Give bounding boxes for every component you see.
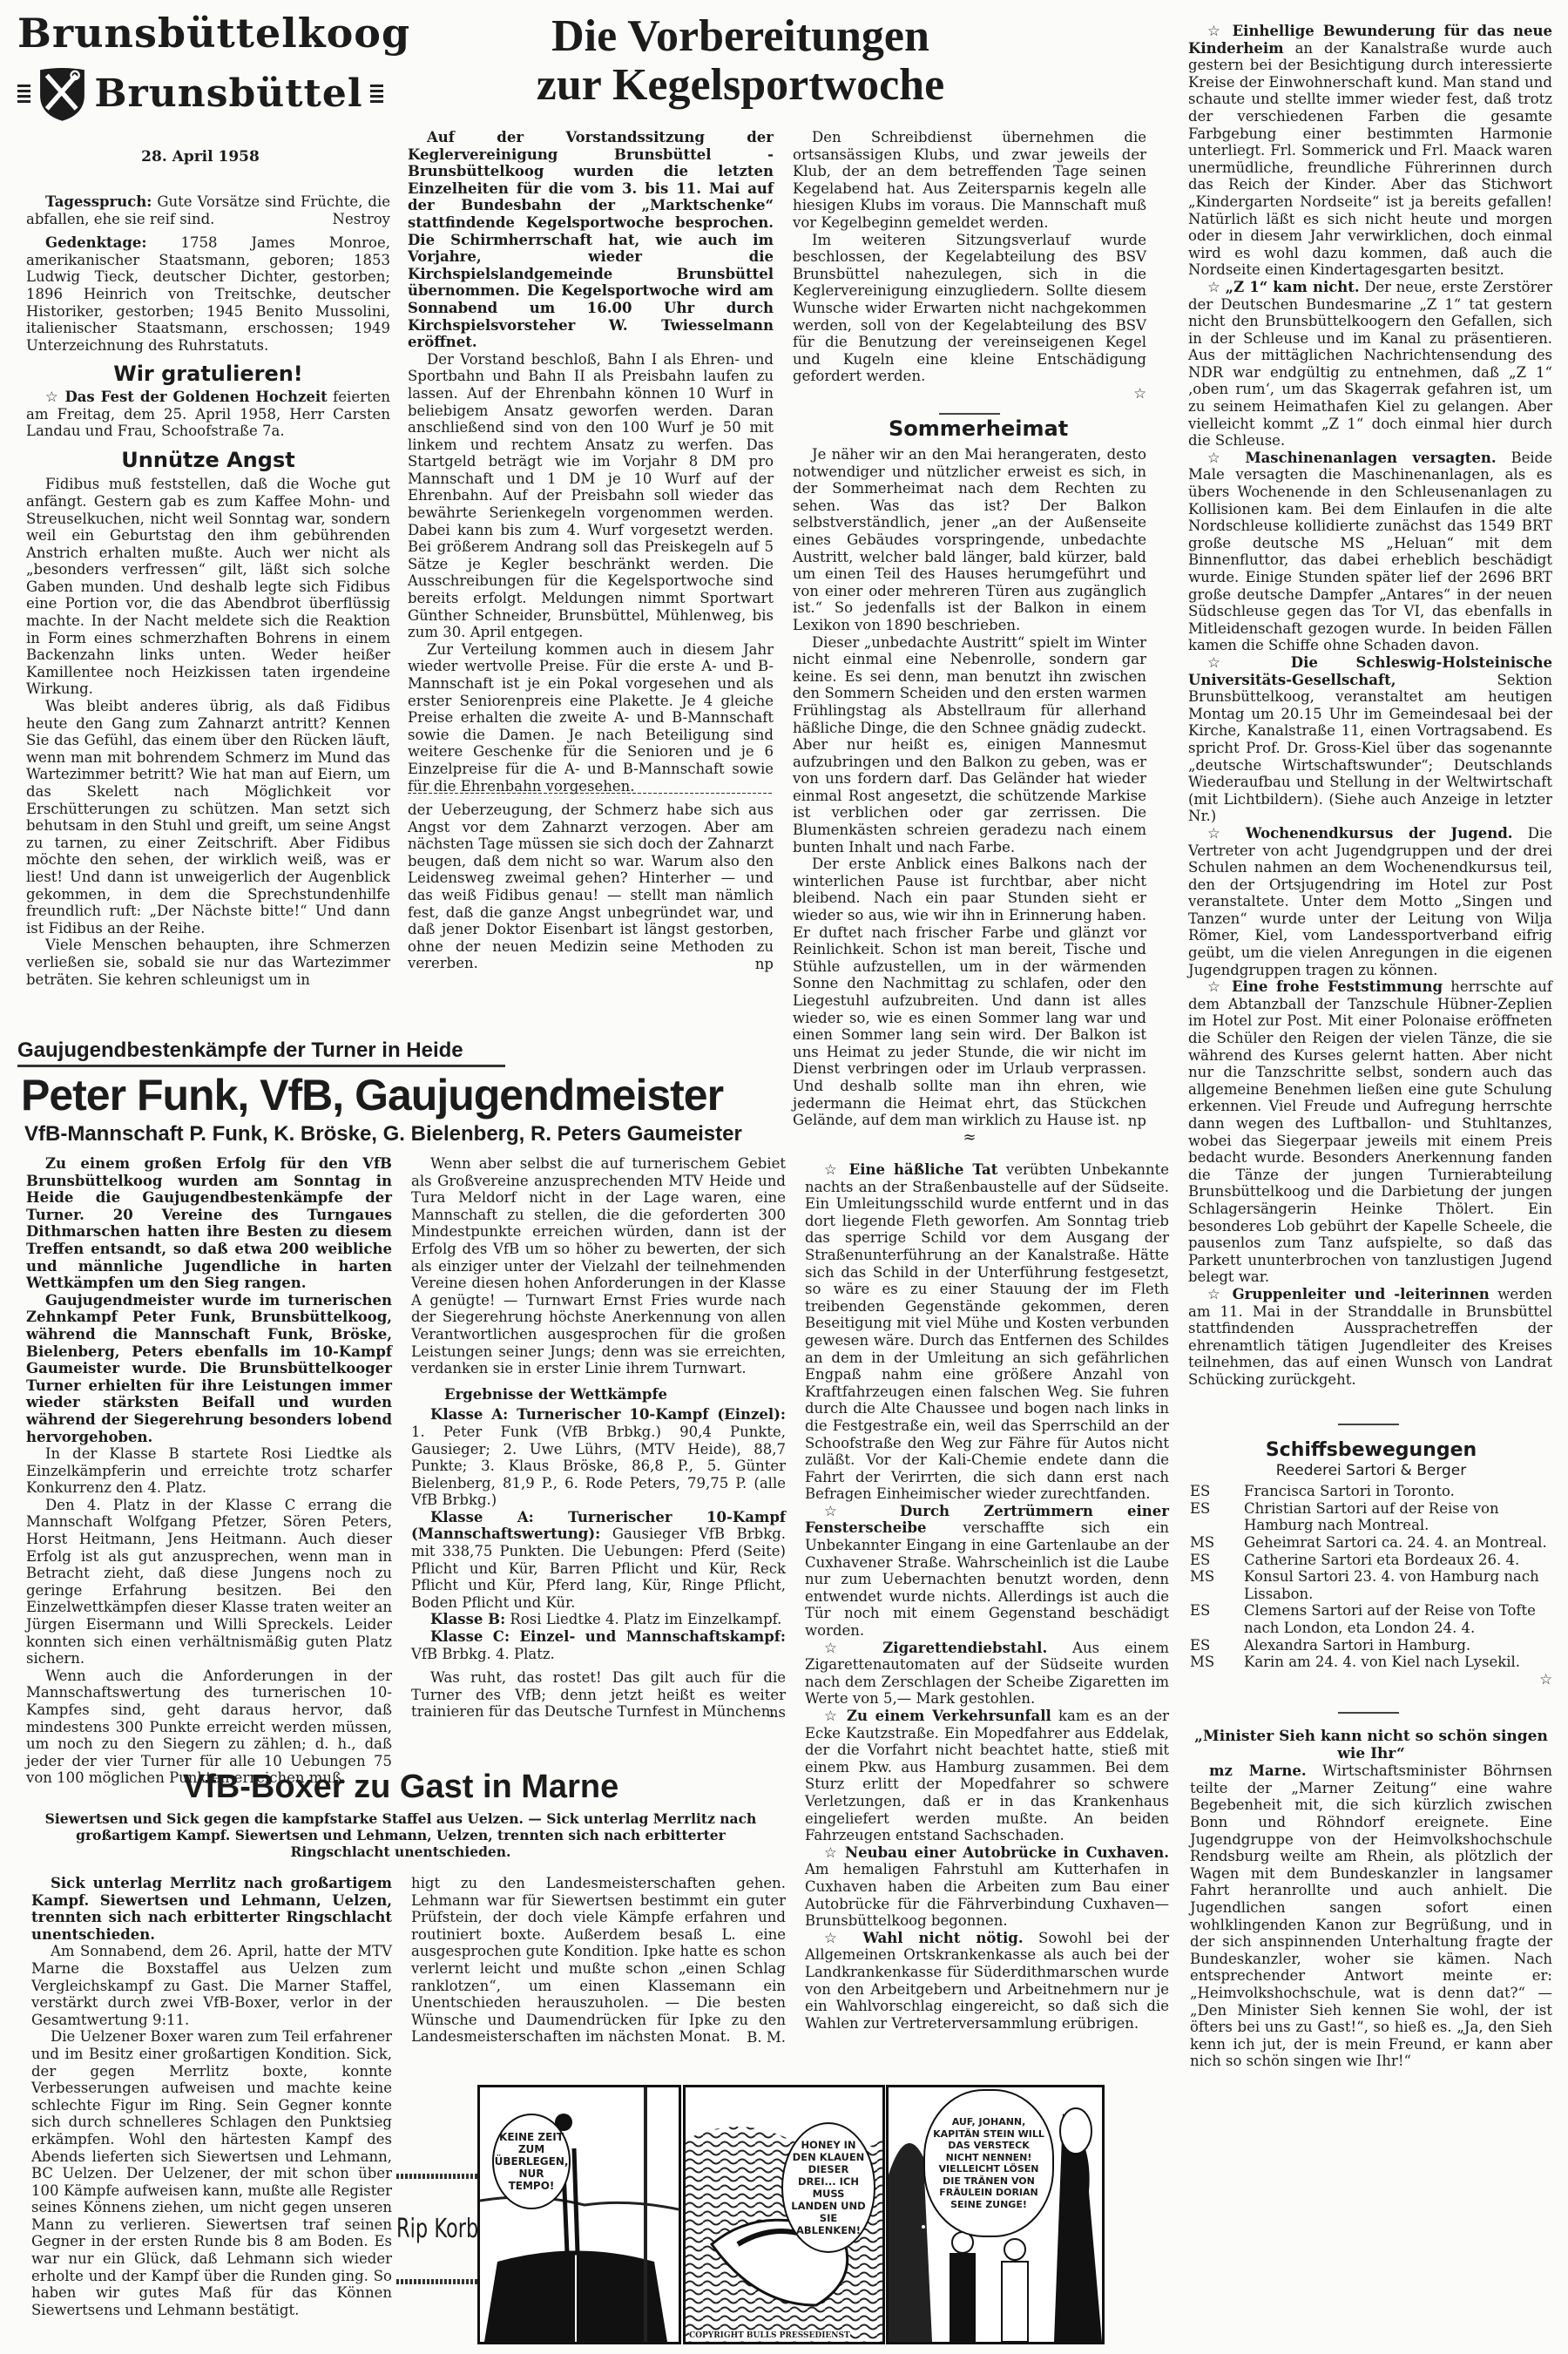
ribbon-right-icon [370, 85, 383, 104]
minister-text: mz Marne. Wirtschaftsminister Böhrnsen t… [1190, 1762, 1552, 2070]
boxer-column-1: Sick unterlag Merrlitz nach großartigem … [31, 1875, 392, 2318]
tagesspruch: Tagesspruch: Gute Vorsätze sind Früchte,… [26, 193, 390, 227]
ship-entry: MSKonsul Sartori 23. 4. von Hamburg nach… [1190, 1568, 1552, 1602]
kegel-lead: Auf der Vorstandssitzung der Keglerverei… [408, 129, 774, 351]
masthead-title-line1: Brunsbüttelkoog [17, 10, 383, 56]
comic-title-block: Rip Korby [396, 2174, 483, 2284]
news-item: ☆ Einhellige Bewunderung für das neue Ki… [1188, 23, 1552, 279]
masthead-title-line2: Brunsbüttel [94, 72, 362, 116]
comic-panel-2: HONEY IN DEN KLAUEN DIESER DREI... ICH M… [683, 2085, 885, 2344]
boxer-column-2: higt zu den Landesmeisterschaften gehen.… [411, 1875, 786, 2046]
ship-entry: ESAlexandra Sartori in Hamburg. [1190, 1637, 1552, 1654]
turner-column-2: Wenn aber selbst die auf turnerischem Ge… [411, 1155, 786, 1722]
decorative-border [396, 2279, 483, 2284]
turner-column-1: Zu einem großen Erfolg für den VfB Bruns… [26, 1155, 392, 1787]
kegel-column-1: Auf der Vorstandssitzung der Keglerverei… [408, 129, 774, 795]
minister-heading: „Minister Sieh kann nicht so schön singe… [1190, 1728, 1552, 1762]
news-item: ☆ Eine frohe Feststimmung herrschte auf … [1188, 978, 1552, 1286]
kegel-paragraph: Im weiteren Sitzungsverlauf wurde beschl… [793, 232, 1146, 385]
comic-panel-1: KEINE ZEIT ZUM ÜBERLEGEN, NUR TEMPO! [477, 2085, 681, 2344]
result-entry: Klasse A: Turnerischer 10-Kampf (Einzel)… [411, 1406, 786, 1509]
comic-panel-3: AUF, JOHANN, KAPITÄN STEIN WILL DAS VERS… [886, 2085, 1105, 2344]
kegel-paragraph: Der Vorstand beschloß, Bahn I als Ehren-… [408, 351, 774, 641]
divider [408, 793, 774, 794]
minister-article: „Minister Sieh kann nicht so schön singe… [1190, 1728, 1552, 2070]
star-icon: ☆ [1190, 1671, 1552, 1688]
local-news-column: ☆ Einhellige Bewunderung für das neue Ki… [1188, 23, 1552, 1389]
ship-movements-heading: Schiffsbewegungen [1190, 1442, 1552, 1459]
angst-paragraph: Was bleibt anderes übrig, als daß Fidibu… [26, 698, 390, 937]
news-item: ☆ „Z 1“ kam nicht. Der neue, erste Zerst… [1188, 279, 1552, 450]
divider [1338, 1712, 1399, 1714]
ship-entry: ESCatherine Sartori eta Bordeaux 26. 4. [1190, 1552, 1552, 1569]
news-item: ☆ Maschinenanlagen versagten. Beide Male… [1188, 450, 1552, 654]
kegel-column-2: Den Schreibdienst übernehmen die ortsans… [793, 129, 1146, 415]
news-item: ☆ Die Schleswig-Holsteinische Universitä… [1188, 654, 1552, 825]
news-item: ☆ Neubau einer Autobrücke in Cuxhaven. A… [805, 1844, 1169, 1930]
comic-title: Rip Korby [396, 2214, 462, 2244]
news-item: ☆ Wochenendkursus der Jugend. Die Vertre… [1188, 825, 1552, 978]
news-item: ☆ Wahl nicht nötig. Sowohl bei der Allge… [805, 1930, 1169, 2033]
angst-paragraph: Fidibus muß feststellen, daß die Woche g… [26, 476, 390, 698]
kegel-headline: Die Vorbereitungen zur Kegelsportwoche [409, 12, 1071, 110]
turner-subheadline: VfB-Mannschaft P. Funk, K. Bröske, G. Bi… [24, 1122, 742, 1147]
news-item: ☆ Eine häßliche Tat verübten Unbekannte … [805, 1161, 1169, 1503]
ship-entry: ESFrancisca Sartori in Toronto. [1190, 1483, 1552, 1500]
ship-entry: MSKarin am 24. 4. von Kiel nach Lysekil. [1190, 1654, 1552, 1671]
decorative-border [396, 2174, 483, 2179]
sommer-heading: Sommerheimat [793, 416, 1146, 441]
angst-continuation: der Ueberzeugung, der Schmerz habe sich … [408, 802, 774, 973]
coat-of-arms-icon [37, 57, 87, 131]
angst-heading: Unnütze Angst [26, 452, 390, 470]
ship-entry: ESChristian Sartori auf der Reise von Ha… [1190, 1500, 1552, 1534]
ship-entry: MSGeheimrat Sartori ca. 24. 4. an Montre… [1190, 1534, 1552, 1552]
news-item: ☆ Durch Zertrümmern einer Fensterscheibe… [805, 1503, 1169, 1640]
result-entry: Klasse C: Einzel- und Mannschaftskampf: … [411, 1628, 786, 1662]
gratulieren-text: ☆ Das Fest der Goldenen Hochzeit feierte… [26, 389, 390, 440]
divider [939, 413, 1000, 415]
wave-divider-icon: ≈ [793, 1129, 1146, 1147]
speech-bubble: AUF, JOHANN, KAPITÄN STEIN WILL DAS VERS… [923, 2089, 1054, 2237]
speech-bubble: HONEY IN DEN KLAUEN DIESER DREI... ICH M… [781, 2122, 875, 2253]
kegel-paragraph: Zur Verteilung kommen auch in diesem Jah… [408, 641, 774, 795]
divider [1338, 1424, 1399, 1425]
sidebar-column: Tagesspruch: Gute Vorsätze sind Früchte,… [26, 193, 390, 988]
result-entry: Klasse A: Turnerischer 10-Kampf (Mannsch… [411, 1509, 786, 1612]
kegel-paragraph: Den Schreibdienst übernehmen die ortsans… [793, 129, 1146, 232]
news-item: ☆ Zu einem Verkehrsunfall kam es an der … [805, 1708, 1169, 1844]
ship-movements: Schiffsbewegungen Reederei Sartori & Ber… [1190, 1442, 1552, 1688]
speech-bubble: KEINE ZEIT ZUM ÜBERLEGEN, NUR TEMPO! [492, 2114, 571, 2209]
angst-paragraph: Viele Menschen behaupten, ihre Schmerzen… [26, 937, 390, 988]
ship-entry: ESClemens Sartori auf der Reise von Toft… [1190, 1602, 1552, 1636]
news-item: ☆ Zigarettendiebstahl. Aus einem Zigaret… [805, 1640, 1169, 1708]
issue-date: 28. April 1958 [17, 148, 383, 166]
copyright-credit: COPYRIGHT BULLS PRESSEDIENST [689, 2331, 850, 2340]
kicker-underline [17, 1065, 505, 1067]
boxer-subheadline: Siewertsen und Sick gegen die kampfstark… [26, 1810, 775, 1860]
boxer-headline: VfB-Boxer zu Gast in Marne [17, 1769, 784, 1806]
results-heading: Ergebnisse der Wettkämpfe [444, 1386, 786, 1404]
masthead: Brunsbüttelkoog Brunsbüttel 28. April 19… [17, 10, 383, 166]
ship-list: ESFrancisca Sartori in Toronto. ESChrist… [1190, 1483, 1552, 1671]
ribbon-left-icon [17, 85, 30, 104]
turner-headline: Peter Funk, VfB, Gaujugendmeister [21, 1070, 723, 1120]
tagesspruch-author: Nestroy [314, 211, 390, 228]
police-news-column: ☆ Eine häßliche Tat verübten Unbekannte … [805, 1161, 1169, 2032]
star-icon: ☆ [793, 385, 1146, 402]
result-entry: Klasse B: Rosi Liedtke 4. Platz im Einze… [411, 1611, 786, 1628]
news-item: ☆ Gruppenleiter und -leiterinnen werden … [1188, 1286, 1552, 1389]
ship-movements-subtitle: Reederei Sartori & Berger [1190, 1463, 1552, 1480]
sommer-column: Je näher wir an den Mai herangeraten, de… [793, 446, 1146, 1147]
gedenktage: Gedenktage: 1758 James Monroe, amerikani… [26, 234, 390, 354]
gratulieren-heading: Wir gratulieren! [26, 366, 390, 383]
turner-kicker: Gaujugendbestenkämpfe der Turner in Heid… [17, 1038, 463, 1063]
